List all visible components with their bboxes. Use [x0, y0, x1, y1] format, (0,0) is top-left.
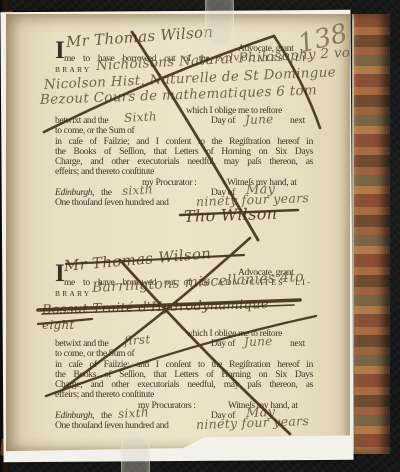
printed-to-come-2: to come, or the Sum of [55, 349, 134, 359]
printed-next-1: next [290, 116, 305, 126]
struck-entry-2a: Bossut Traité d'Hydrodynamique [42, 297, 269, 318]
printed-day-of-1: Day of [211, 116, 235, 126]
book-entry-2a: Barringtons miscellanies 4to [92, 269, 305, 296]
printed-the-2: the [101, 411, 112, 421]
printed-failzie-1a: in caſe of Failzie; and I conſent to the… [55, 137, 313, 147]
printed-next-2: next [290, 339, 305, 349]
printed-effeirs-1: effeirs; and thereto conſtitute [55, 167, 154, 177]
printed-betwixt-2: betwixt and the [55, 339, 108, 349]
page-holder-strap-bottom [121, 434, 150, 472]
printed-failzie-1c: Charge, and other executorials needful, … [55, 157, 313, 167]
printed-betwixt-1: betwixt and the [55, 116, 108, 126]
month-value-1: June [245, 112, 274, 127]
printed-failzie-2c: Charge, and other executorials needful, … [55, 380, 313, 390]
printed-day-of-2: Day of [211, 339, 235, 349]
printed-effeirs-2: effeirs; and thereto conſtitute [55, 390, 154, 400]
edinburgh-day-value-1: sixth [122, 182, 154, 198]
borrower-name-2: Mr Thomas Wilson [63, 244, 212, 275]
page-holder-strap-top [205, 0, 234, 47]
signature-1: Tho Wilson [184, 204, 278, 226]
photograph-of-register-opening: 138 I Mr Thomas Wilson Advocate, grant m… [0, 0, 400, 472]
edinburgh-day-value-2: sixth [118, 405, 150, 421]
printed-edinburgh-2: Edinburgh, [55, 411, 94, 421]
day-value-1: Sixth [124, 109, 158, 125]
month-value-2: June [244, 334, 273, 349]
printed-year-line-1: One thouſand ſeven hundred and [55, 198, 169, 208]
borrower-name-1: Mr Thomas Wilson [65, 23, 213, 51]
printed-failzie-2b: the Books of Seſſion, that Letters of Ho… [55, 370, 313, 380]
register-page: 138 I Mr Thomas Wilson Advocate, grant m… [6, 14, 350, 452]
printed-brary-2: BRARY [55, 289, 91, 298]
printed-edinburgh-1: Edinburgh, [55, 188, 94, 198]
book-fore-edge [352, 14, 390, 454]
printed-year-line-2: One thouſand ſeven hundred and [55, 421, 169, 431]
printed-failzie-1b: the Books of Seſſion, that Letters of Ho… [55, 147, 313, 157]
struck-entry-2b: eight [42, 318, 75, 332]
day-value-2: first [124, 332, 151, 348]
printed-brary-1: BRARY [55, 65, 91, 74]
printed-failzie-2a: in caſe of Failzie; and I conſent to the… [55, 360, 313, 370]
year-value-2: ninety four years [196, 413, 310, 432]
printed-the-1: the [101, 188, 112, 198]
printed-to-come-1: to come, or the Sum of [55, 126, 134, 136]
